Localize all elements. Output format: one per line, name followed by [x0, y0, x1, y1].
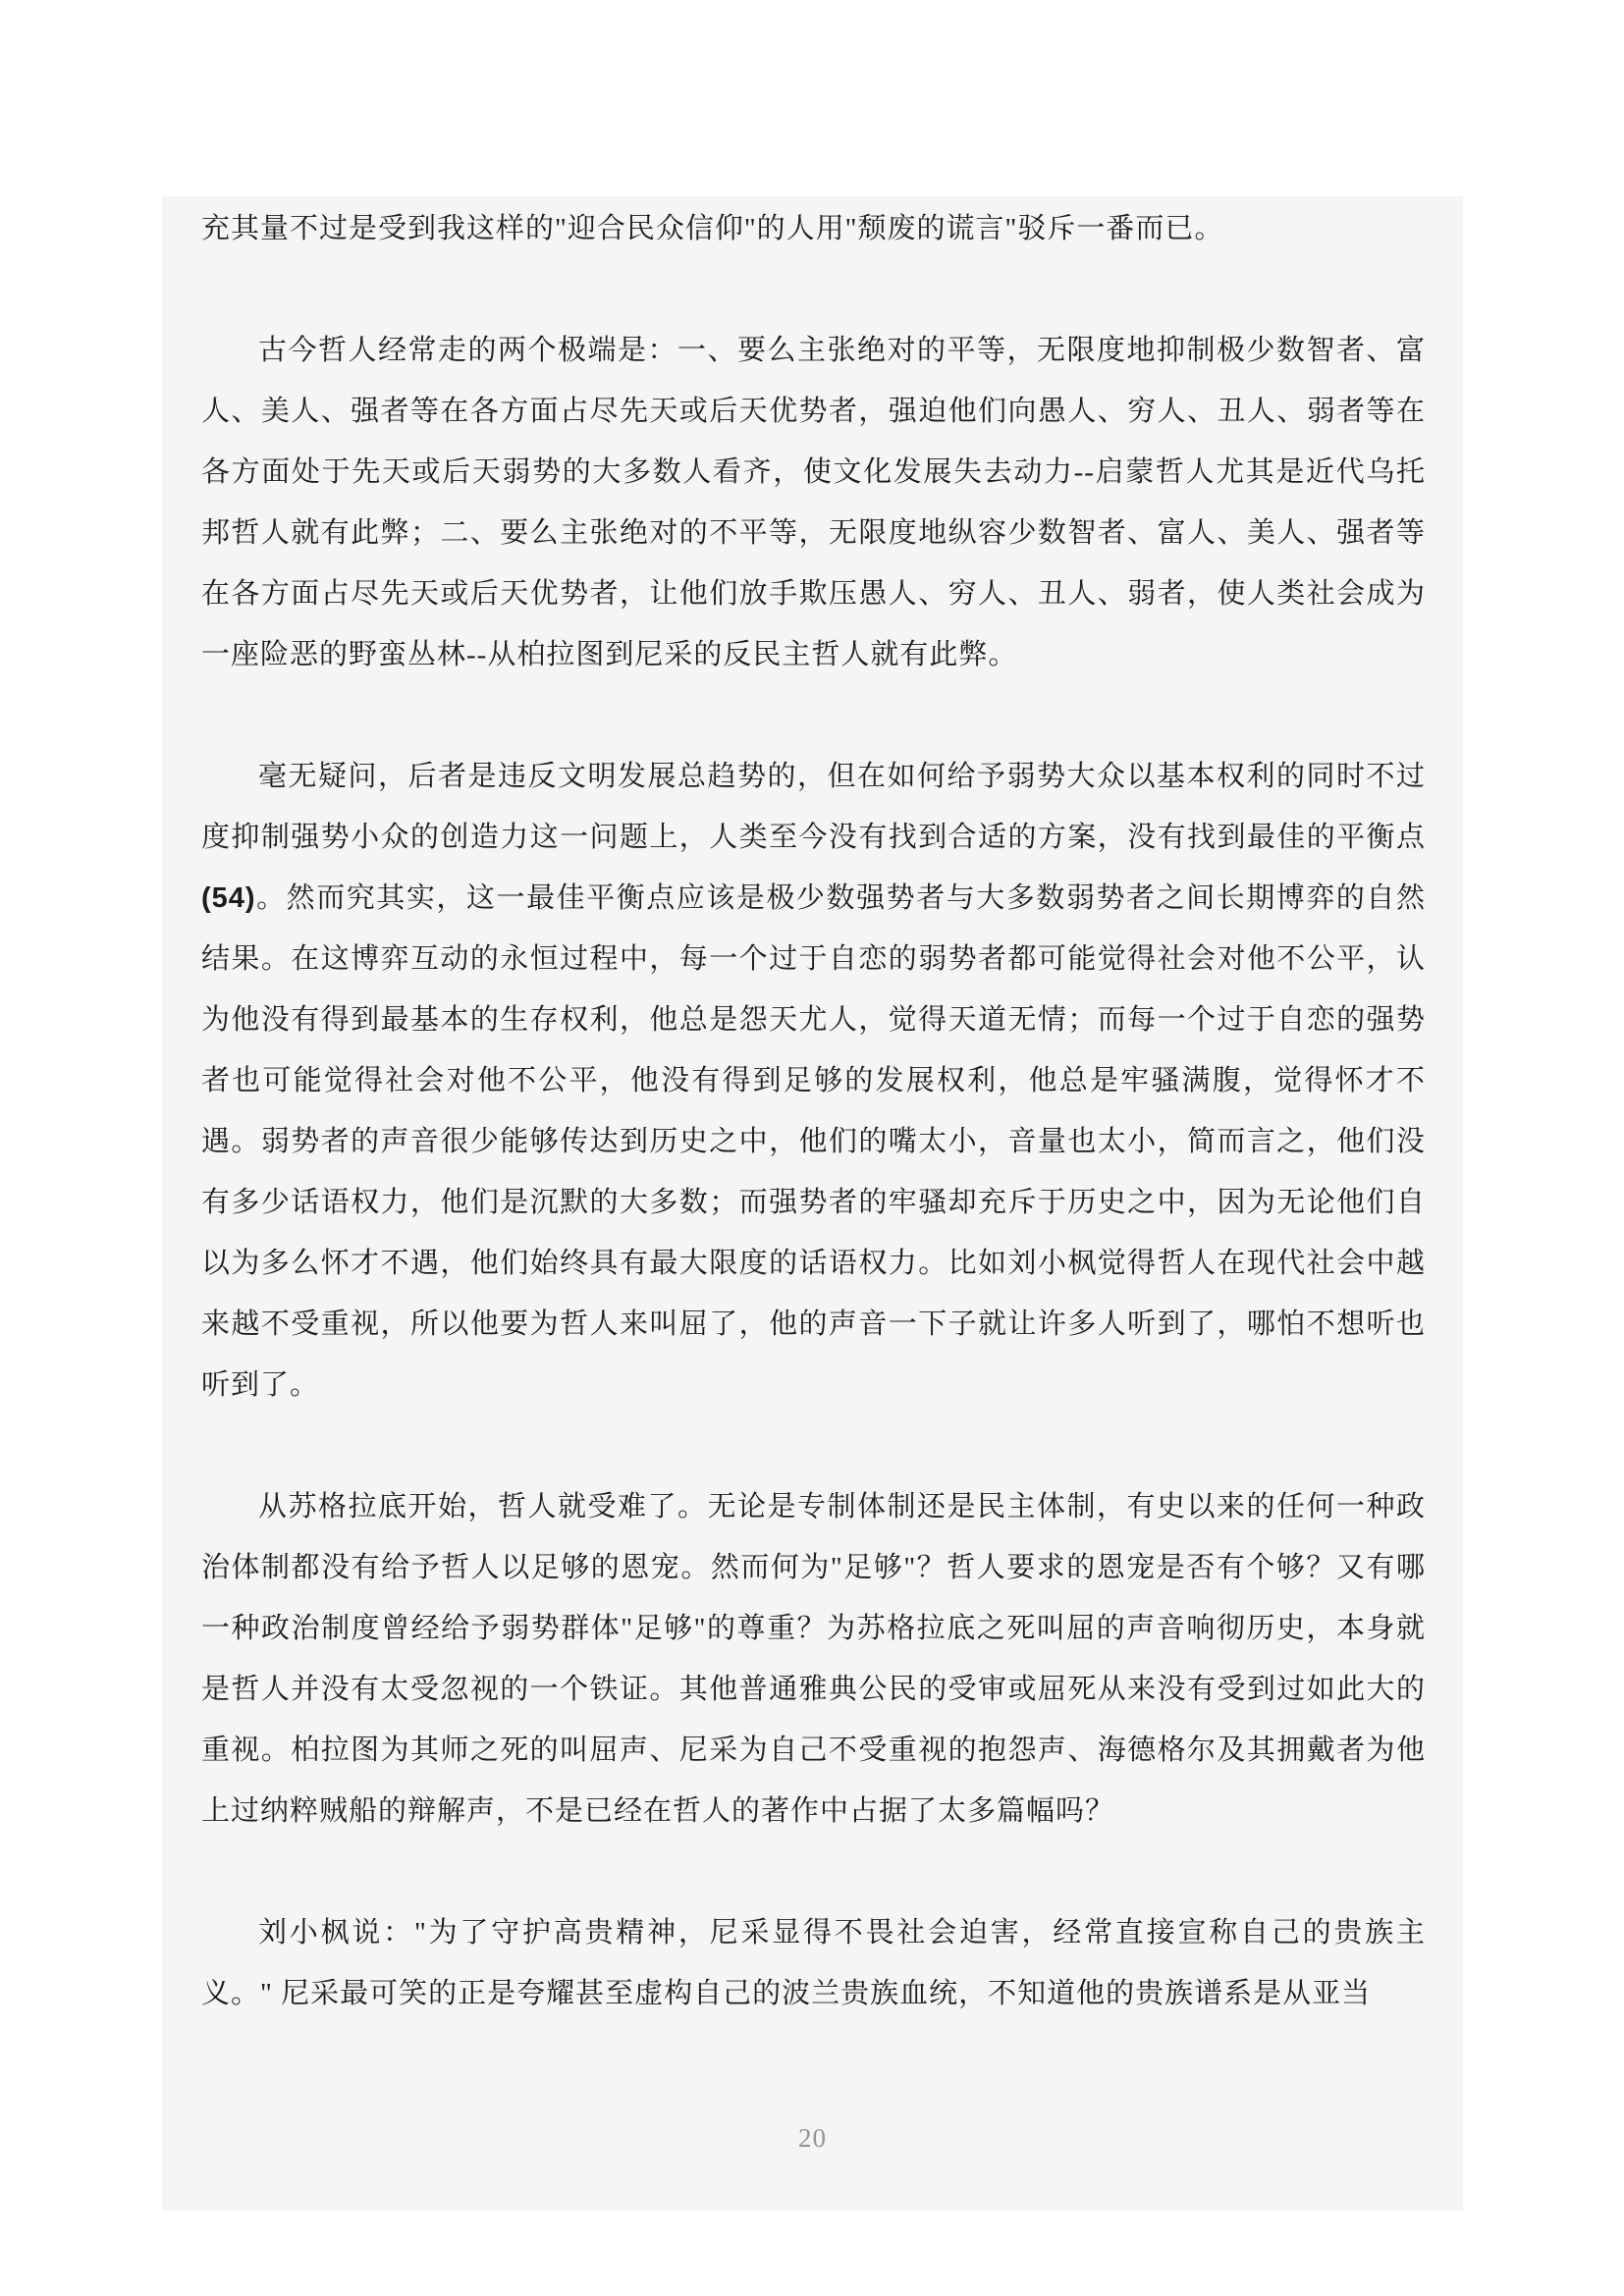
paragraph-text: 刘小枫说："为了守护高贵精神，尼采显得不畏社会迫害，经常直接宣称自己的贵族主义。…	[201, 1917, 1426, 2009]
paragraph-text: 从苏格拉底开始，哲人就受难了。无论是专制体制还是民主体制，有史以来的任何一种政治…	[201, 1491, 1426, 1827]
paragraph-text: 。然而究其实，这一最佳平衡点应该是极少数强势者与大多数弱势者之间长期博弈的自然结…	[201, 882, 1426, 1401]
paragraph-3: 毫无疑问，后者是违反文明发展总趋势的，但在如何给予弱势大众以基本权利的同时不过度…	[201, 746, 1426, 1415]
paragraph-text: 充其量不过是受到我这样的"迎合民众信仰"的人用"颓废的谎言"驳斥一番而已。	[201, 213, 1223, 244]
paragraph-text: 古今哲人经常走的两个极端是：一、要么主张绝对的平等，无限度地抑制极少数智者、富人…	[201, 335, 1426, 670]
page-number: 20	[162, 2123, 1463, 2154]
paragraph-4: 从苏格拉底开始，哲人就受难了。无论是专制体制还是民主体制，有史以来的任何一种政治…	[201, 1476, 1426, 1842]
page-content: 充其量不过是受到我这样的"迎合民众信仰"的人用"颓废的谎言"驳斥一番而已。 古今…	[162, 196, 1463, 2211]
paragraph-text: 毫无疑问，后者是违反文明发展总趋势的，但在如何给予弱势大众以基本权利的同时不过度…	[201, 761, 1426, 853]
document-page: 充其量不过是受到我这样的"迎合民众信仰"的人用"颓废的谎言"驳斥一番而已。 古今…	[0, 0, 1624, 2296]
paragraph-2: 古今哲人经常走的两个极端是：一、要么主张绝对的平等，无限度地抑制极少数智者、富人…	[201, 320, 1426, 685]
paragraph-5: 刘小枫说："为了守护高贵精神，尼采显得不畏社会迫害，经常直接宣称自己的贵族主义。…	[201, 1902, 1426, 2024]
footnote-marker: (54)	[201, 882, 256, 914]
paragraph-1: 充其量不过是受到我这样的"迎合民众信仰"的人用"颓废的谎言"驳斥一番而已。	[201, 198, 1426, 259]
